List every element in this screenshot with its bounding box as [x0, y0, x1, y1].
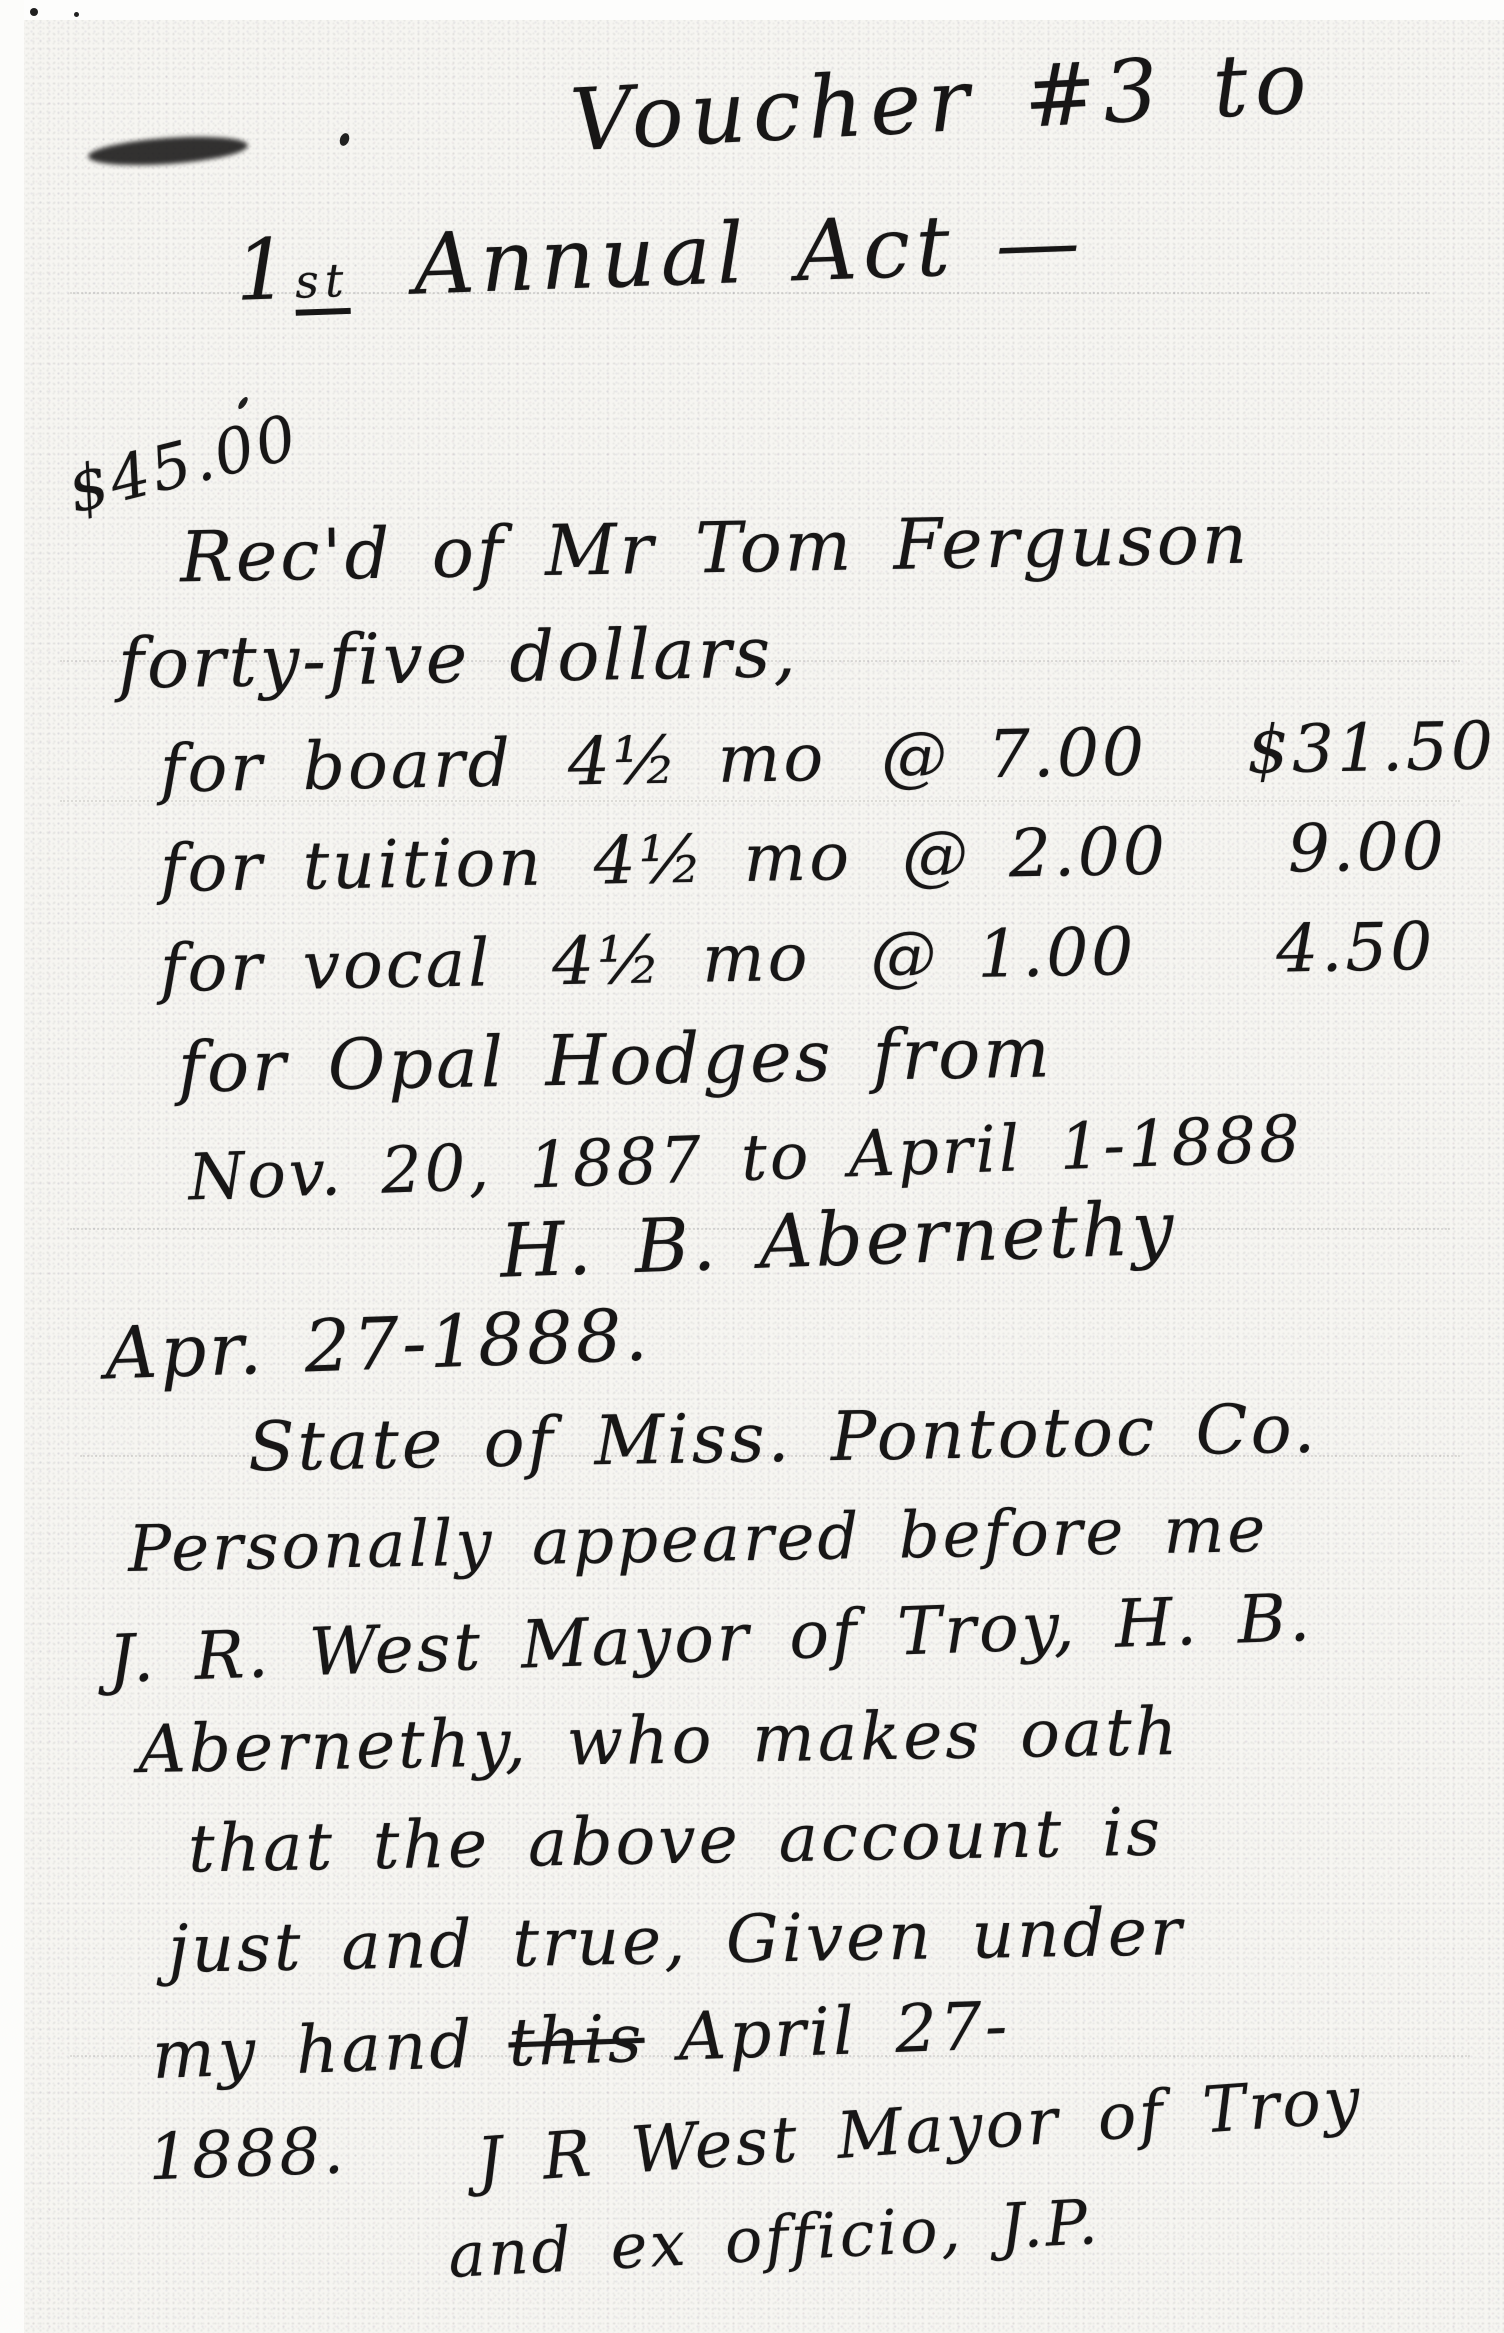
item-rate: @ 7.00 — [880, 716, 1147, 793]
item-rate: @ 2.00 — [901, 816, 1168, 893]
mayor-line: J. R. West Mayor of Troy, H. B. — [107, 1582, 1314, 1697]
voucher-title: Voucher #3 to — [568, 36, 1316, 169]
receipt-date-line: Apr. 27-1888. — [104, 1296, 652, 1394]
item-label: for board — [159, 728, 513, 807]
ink-speck — [74, 12, 79, 17]
item-line-board: for board 4½ mo @ 7.00 $31.50 — [159, 710, 1496, 806]
true-line: just and true, Given under — [167, 1896, 1185, 1986]
item-rate: @ 1.00 — [870, 916, 1137, 993]
west-signature: J R West Mayor of Troy — [475, 2065, 1365, 2197]
abernethy-signature: H. B. Abernethy — [499, 1188, 1178, 1293]
item-label: for tuition — [159, 827, 544, 906]
item-amount: 4.50 — [1276, 911, 1436, 986]
subtitle-dash: — — [994, 195, 1087, 290]
amount-note: $45.00 — [61, 403, 305, 526]
hand-line: my hand this April 27- — [151, 1990, 1011, 2093]
scanned-voucher-page: Voucher #3 to 1st Annual Act — $45.00 Re… — [0, 0, 1504, 2333]
item-amount: 9.00 — [1287, 811, 1447, 886]
account-line: that the above account is — [187, 1796, 1163, 1886]
hand-line-pre: my hand — [151, 2009, 476, 2093]
item-amount: $31.50 — [1246, 710, 1496, 787]
state-county-line: State of Miss. Pontotoc Co. — [247, 1393, 1318, 1486]
item-term: 4½ mo — [593, 821, 852, 898]
ex-officio-line: and ex officio, J.P. — [447, 2188, 1102, 2290]
voucher-subtitle: 1st Annual Act — — [234, 195, 1088, 317]
item-line-tuition: for tuition 4½ mo @ 2.00 9.00 — [159, 811, 1447, 906]
ink-speck — [237, 396, 250, 411]
closing-year: 1888. — [147, 2116, 348, 2193]
amount-words-line: forty-five dollars, — [117, 614, 799, 703]
oath-line: Abernethy, who makes oath — [137, 1696, 1180, 1787]
personally-line: Personally appeared before me — [127, 1495, 1268, 1585]
subtitle-number: 1 — [234, 223, 297, 317]
closing-line: 1888. J R West Mayor of Troy — [147, 2081, 1365, 2194]
hand-line-post: April 27- — [677, 1990, 1011, 2074]
scan-edge-top — [0, 0, 1504, 20]
subtitle-text: Annual Act — [412, 200, 957, 311]
ink-smudge — [87, 132, 248, 169]
scan-edge-left — [0, 0, 24, 2333]
beneficiary-line: for Opal Hodges from — [177, 1014, 1053, 1106]
item-line-vocal: for vocal 4½ mo @ 1.00 4.50 — [159, 911, 1435, 1006]
hand-line-struck-word: this — [507, 2003, 645, 2080]
received-line: Rec'd of Mr Tom Ferguson — [179, 501, 1250, 597]
item-term: 4½ mo — [552, 922, 811, 999]
ink-speck — [30, 8, 38, 16]
item-term: 4½ mo — [567, 722, 826, 799]
item-label: for vocal — [159, 927, 492, 1005]
ink-speck — [338, 132, 351, 147]
subtitle-ordinal: st — [294, 255, 350, 316]
